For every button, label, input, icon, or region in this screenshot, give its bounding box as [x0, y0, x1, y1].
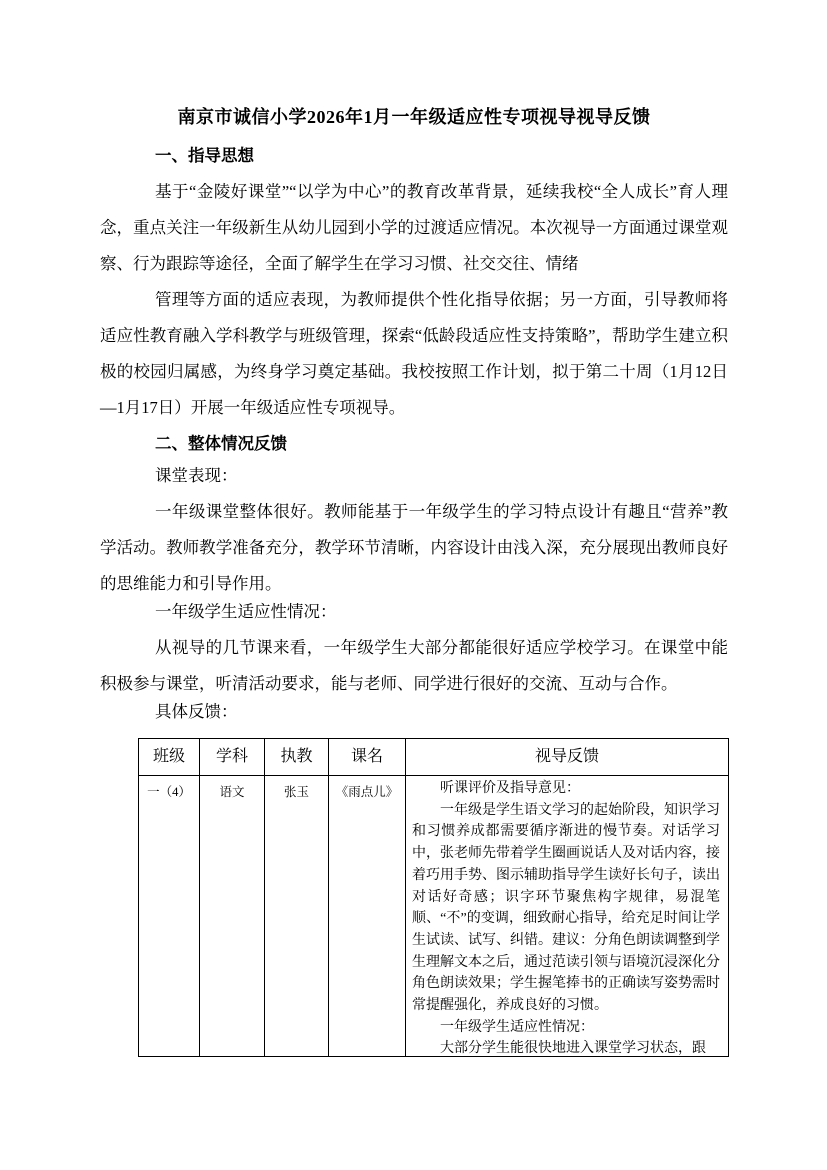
cell-teacher: 张玉 [265, 776, 329, 1057]
classroom-performance-paragraph: 一年级课堂整体很好。教师能基于一年级学生的学习特点设计有趣且“营养”教学活动。教… [100, 494, 728, 602]
lesson-value: 《雨点儿》 [329, 776, 405, 800]
cell-subject: 语文 [200, 776, 265, 1057]
section-2-heading: 二、整体情况反馈 [100, 426, 728, 462]
header-subject: 学科 [200, 739, 265, 776]
document-page: 南京市诚信小学2026年1月一年级适应性专项视导视导反馈 一、指导思想 基于“金… [0, 0, 827, 1170]
feedback-paragraph-2: 一年级是学生语文学习的起始阶段，知识学习和习惯养成都需要循序渐进的慢节奏。对话学… [412, 800, 720, 1017]
feedback-paragraph-4: 大部分学生能很快地进入课堂学习状态，跟 [412, 1038, 720, 1056]
document-content: 南京市诚信小学2026年1月一年级适应性专项视导视导反馈 一、指导思想 基于“金… [100, 104, 728, 1057]
feedback-table: 班级 学科 执教 课名 视导反馈 一（4） 语文 张玉 [138, 738, 729, 1057]
cell-feedback: 听课评价及指导意见： 一年级是学生语文学习的起始阶段，知识学习和习惯养成都需要循… [406, 776, 729, 1057]
section-1-heading: 一、指导思想 [100, 138, 728, 174]
feedback-text: 听课评价及指导意见： 一年级是学生语文学习的起始阶段，知识学习和习惯养成都需要循… [406, 776, 728, 1056]
cell-lesson: 《雨点儿》 [329, 776, 406, 1057]
section-1-paragraph-1: 基于“金陵好课堂”“以学为中心”的教育改革背景，延续我校“全人成长”育人理念，重… [100, 174, 728, 282]
section-1-paragraph-2: 管理等方面的适应表现，为教师提供个性化指导依据；另一方面，引导教师将适应性教育融… [100, 282, 728, 426]
subject-value: 语文 [200, 776, 264, 800]
student-adaptability-paragraph: 从视导的几节课来看，一年级学生大部分都能很好适应学校学习。在课堂中能积极参与课堂… [100, 630, 728, 702]
table-header-row: 班级 学科 执教 课名 视导反馈 [139, 739, 729, 776]
header-teacher: 执教 [265, 739, 329, 776]
feedback-paragraph-1: 听课评价及指导意见： [412, 778, 720, 800]
classroom-performance-label: 课堂表现： [100, 458, 728, 494]
page-title: 南京市诚信小学2026年1月一年级适应性专项视导视导反馈 [100, 104, 728, 130]
header-lesson: 课名 [329, 739, 406, 776]
student-adaptability-label: 一年级学生适应性情况： [100, 594, 728, 630]
class-value: 一（4） [139, 776, 199, 800]
teacher-value: 张玉 [265, 776, 328, 800]
header-class: 班级 [139, 739, 200, 776]
cell-class: 一（4） [139, 776, 200, 1057]
feedback-paragraph-3: 一年级学生适应性情况： [412, 1017, 720, 1039]
header-feedback: 视导反馈 [406, 739, 729, 776]
table-row: 一（4） 语文 张玉 《雨点儿》 听课评价及指导意见： 一年级是学生语 [139, 776, 729, 1057]
